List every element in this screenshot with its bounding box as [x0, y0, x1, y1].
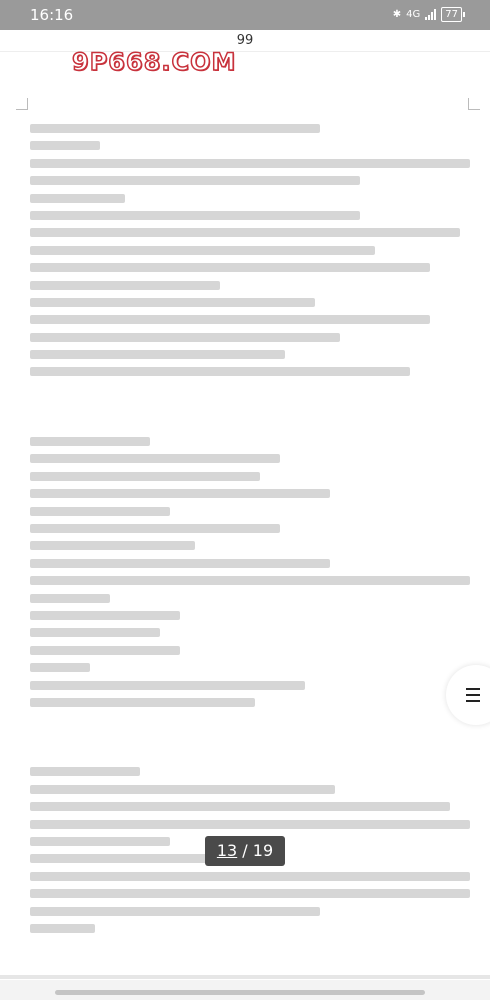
text-line [30, 920, 470, 937]
text-line [30, 277, 470, 294]
text-line [30, 172, 470, 189]
text-line [30, 294, 470, 311]
text-line [30, 329, 470, 346]
text-line [30, 468, 470, 485]
text-line [30, 607, 470, 624]
redacted-text [30, 611, 180, 620]
redacted-text [30, 889, 470, 898]
status-bar: 16:16 ✱ 4G 77 [0, 0, 490, 30]
redacted-text [30, 507, 170, 516]
redacted-text [30, 907, 320, 916]
text-line [30, 259, 470, 276]
status-time: 16:16 [30, 6, 73, 24]
battery-icon: 77 [441, 7, 462, 22]
text-line [30, 659, 470, 676]
redacted-text [30, 367, 410, 376]
page-separator: / [237, 841, 253, 860]
redacted-text [30, 524, 280, 533]
text-line [30, 433, 470, 450]
text-line [30, 346, 470, 363]
redacted-text [30, 489, 330, 498]
redacted-text [30, 646, 180, 655]
text-line [30, 624, 470, 641]
text-line [30, 363, 470, 380]
redacted-text [30, 541, 195, 550]
text-line [30, 885, 470, 902]
redacted-text [30, 333, 340, 342]
redacted-text [30, 124, 320, 133]
text-line [30, 485, 470, 502]
redacted-text [30, 576, 470, 585]
text-line [30, 642, 470, 659]
redacted-text [30, 802, 450, 811]
redacted-text [30, 663, 90, 672]
status-icons: ✱ 4G 77 [393, 7, 462, 22]
redacted-text [30, 628, 160, 637]
redacted-text [30, 350, 285, 359]
text-line [30, 798, 470, 815]
redacted-text [30, 698, 255, 707]
text-line [30, 555, 470, 572]
redacted-text [30, 246, 375, 255]
redacted-text [30, 872, 470, 881]
redacted-text [30, 281, 220, 290]
redacted-text [30, 315, 430, 324]
horizontal-scrollbar[interactable] [55, 990, 425, 995]
page-counter[interactable]: 13 / 19 [205, 836, 285, 866]
current-page[interactable]: 13 [217, 841, 237, 860]
text-line [30, 868, 470, 885]
total-pages: 19 [253, 841, 273, 860]
text-line [30, 450, 470, 467]
blank-line [30, 711, 470, 728]
watermark-logo: 9P668.COM [72, 48, 236, 76]
document-body [30, 120, 470, 937]
text-line [30, 816, 470, 833]
blank-line [30, 746, 470, 763]
redacted-text [30, 854, 230, 863]
redacted-text [30, 594, 110, 603]
page-divider [0, 975, 490, 979]
text-line [30, 903, 470, 920]
text-line [30, 137, 470, 154]
redacted-text [30, 176, 360, 185]
text-line [30, 190, 470, 207]
redacted-text [30, 263, 430, 272]
text-line [30, 155, 470, 172]
text-line [30, 590, 470, 607]
redacted-text [30, 298, 315, 307]
text-line [30, 572, 470, 589]
redacted-text [30, 141, 100, 150]
redacted-text [30, 211, 360, 220]
blank-line [30, 398, 470, 415]
margin-corner-mark [468, 98, 480, 110]
text-line [30, 120, 470, 137]
blank-line [30, 729, 470, 746]
bluetooth-icon: ✱ [393, 9, 401, 20]
blank-line [30, 381, 470, 398]
signal-icon [425, 9, 436, 20]
text-line [30, 242, 470, 259]
redacted-text [30, 820, 470, 829]
redacted-text [30, 767, 140, 776]
text-line [30, 677, 470, 694]
text-line [30, 694, 470, 711]
redacted-text [30, 559, 330, 568]
text-line [30, 763, 470, 780]
text-line [30, 781, 470, 798]
redacted-text [30, 681, 305, 690]
redacted-text [30, 437, 150, 446]
text-line [30, 520, 470, 537]
redacted-text [30, 837, 170, 846]
text-line [30, 537, 470, 554]
redacted-text [30, 454, 280, 463]
redacted-text [30, 228, 460, 237]
redacted-text [30, 472, 260, 481]
redacted-text [30, 785, 335, 794]
text-line [30, 224, 470, 241]
text-line [30, 503, 470, 520]
hamburger-menu-icon [466, 688, 480, 706]
redacted-text [30, 194, 125, 203]
text-line [30, 207, 470, 224]
redacted-text [30, 159, 470, 168]
network-type: 4G [406, 9, 420, 20]
text-line [30, 311, 470, 328]
margin-corner-mark [16, 98, 28, 110]
redacted-text [30, 924, 95, 933]
blank-line [30, 416, 470, 433]
